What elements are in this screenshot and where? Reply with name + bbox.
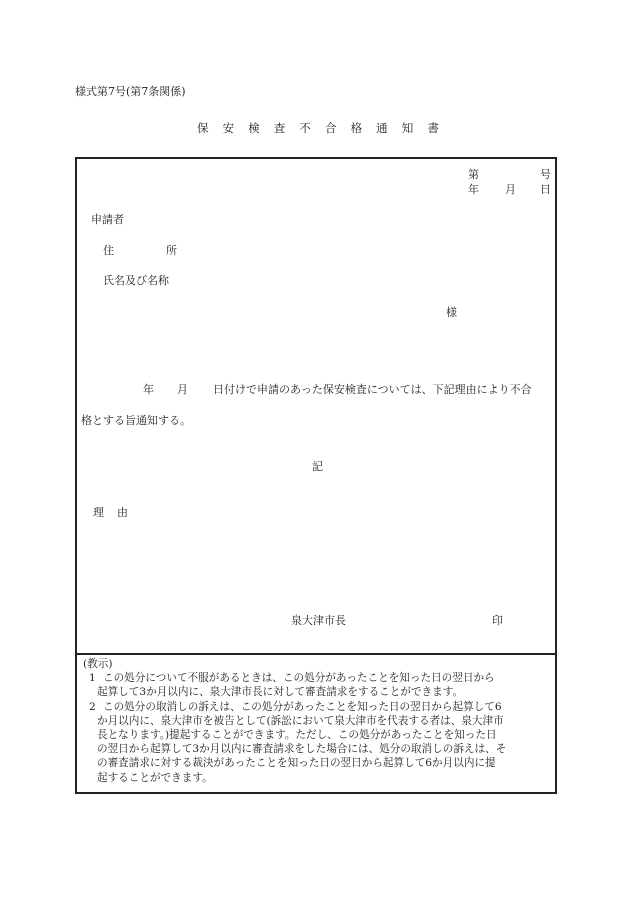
notice-section: (教示) 1 この処分について不服があるときは、この処分があったことを知った日の… — [83, 657, 551, 785]
date-year: 年 — [468, 184, 479, 195]
title-char: 知 — [402, 123, 428, 135]
notice-line: か月以内に、泉大津市を被告として(訴訟において泉大津市を代表する者は、泉大津市 — [97, 714, 551, 728]
body-month: 月 — [177, 384, 188, 395]
applicant-heading: 申請者 — [91, 214, 124, 225]
body-line-1: 日付けで申請のあった保安検査については、下記理由により不合 — [213, 384, 532, 395]
notice-line: 長となります。)提起することができます。ただし、この処分があったことを知った日 — [97, 728, 551, 742]
body-line-2: 格とする旨通知する。 — [81, 415, 191, 426]
body-year: 年 — [143, 384, 154, 395]
notice-line: 起することができます。 — [97, 771, 551, 785]
title-char: 合 — [325, 123, 351, 135]
honorific: 様 — [446, 307, 457, 318]
seal-mark: 印 — [492, 615, 503, 626]
title-char: 通 — [376, 123, 402, 135]
title-char: 査 — [274, 123, 300, 135]
notice-item-number: 1 — [89, 671, 96, 685]
title-char: 不 — [299, 123, 325, 135]
section-divider — [77, 653, 555, 655]
title-char: 検 — [248, 123, 274, 135]
address-label-1: 住 — [103, 245, 114, 256]
issuer-name: 泉大津市長 — [291, 615, 346, 626]
title-char: 格 — [351, 123, 377, 135]
title-char: 安 — [223, 123, 249, 135]
date-day: 日 — [540, 184, 551, 195]
title-char: 保 — [197, 123, 223, 135]
notice-item-number: 2 — [89, 700, 96, 714]
name-label: 氏名及び名称 — [103, 275, 169, 286]
address-label-2: 所 — [166, 245, 177, 256]
form-number-label: 様式第7号(第7条関係) — [75, 86, 186, 97]
date-month: 月 — [505, 184, 516, 195]
notice-line: この処分の取消しの訴えは、この処分があったことを知った日の翌日から起算して6 — [103, 700, 551, 714]
ki-label: 記 — [312, 461, 323, 472]
notice-line: の審査請求に対する裁決があったことを知った日の翌日から起算して6か月以内に提 — [97, 756, 551, 770]
reason-label-2: 由 — [117, 507, 128, 518]
notice-line: この処分について不服があるときは、この処分があったことを知った日の翌日から — [103, 671, 551, 685]
notice-line: 起算して3か月以内に、泉大津市長に対して審査請求をすることができます。 — [97, 685, 551, 699]
document-title: 保安検査不合格通知書 — [197, 123, 453, 135]
number-suffix: 号 — [540, 169, 551, 180]
title-char: 書 — [427, 123, 453, 135]
notice-item: 2 この処分の取消しの訴えは、この処分があったことを知った日の翌日から起算して6… — [83, 700, 551, 785]
number-prefix: 第 — [468, 169, 479, 180]
reason-label-1: 理 — [93, 507, 104, 518]
notice-heading: (教示) — [83, 657, 551, 671]
notice-line: の翌日から起算して3か月以内に審査請求をした場合には、処分の取消しの訴えは、そ — [97, 742, 551, 756]
form-box: 第 号 年 月 日 申請者 住 所 氏名及び名称 様 年 月 日付けで申請のあっ… — [75, 157, 557, 794]
notice-item: 1 この処分について不服があるときは、この処分があったことを知った日の翌日から … — [83, 671, 551, 699]
